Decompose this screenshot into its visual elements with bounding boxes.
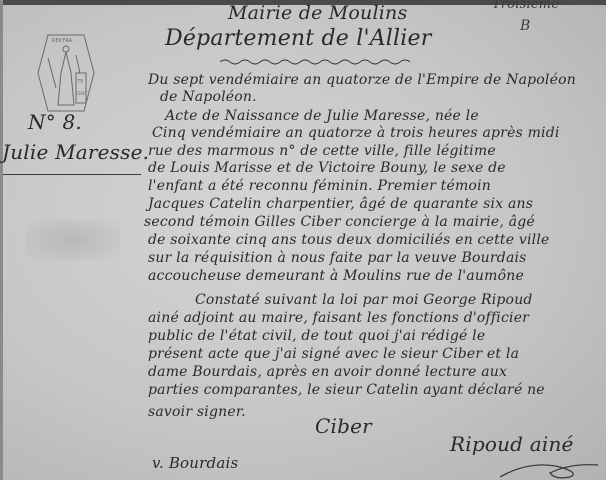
body-line-3: Acte de Naissance de Julie Maresse, née … [165, 108, 479, 124]
body-line-14: ainé adjoint au maire, faisant les fonct… [148, 310, 529, 326]
body-line-15: public de l'état civil, de tout quoi j'a… [148, 328, 485, 344]
body-line-9: second témoin Gilles Ciber concierge à l… [144, 214, 535, 230]
body-line-16: présent acte que j'ai signé avec le sieu… [148, 346, 519, 362]
signature-flourish [500, 455, 600, 480]
header-mairie: Mairie de Moulins [228, 2, 407, 24]
body-line-2: de Napoléon. [160, 89, 257, 105]
svg-text:CENT: CENT [76, 91, 87, 96]
tax-stamp: REP.FRA. 75 CENT [36, 33, 96, 113]
body-line-8: Jacques Catelin charpentier, âgé de quar… [148, 196, 533, 212]
body-line-17: dame Bourdais, après en avoir donné lect… [148, 364, 507, 380]
child-name-margin: Julie Maresse. [2, 140, 149, 164]
body-line-7: l'enfant a été reconnu féminin. Premier … [148, 178, 491, 194]
body-line-11: sur la réquisition à nous faite par la v… [148, 250, 527, 266]
signature-officer: Ripoud ainé [450, 432, 574, 456]
body-line-4: Cinq vendémiaire an quatorze à trois heu… [152, 125, 560, 141]
svg-text:75: 75 [77, 79, 83, 85]
body-line-13: Constaté suivant la loi par moi George R… [195, 292, 533, 308]
corner-mark: B [520, 18, 531, 34]
body-line-18: parties comparantes, le sieur Catelin ay… [148, 382, 545, 398]
body-line-1: Du sept vendémiaire an quatorze de l'Emp… [148, 72, 576, 88]
entry-number: N° 8. [28, 110, 82, 134]
body-line-10: de soixante cinq ans tous deux domicilié… [148, 232, 550, 248]
signature-midwife: v. Bourdais [152, 454, 238, 472]
signature-witness: Ciber [315, 414, 372, 438]
header-departement: Département de l'Allier [165, 26, 431, 51]
body-line-6: de Louis Marisse et de Victoire Bouny, l… [148, 160, 506, 176]
page-left-edge [0, 0, 3, 480]
body-line-5: rue des marmous n° de cette ville, fille… [148, 143, 496, 159]
svg-text:REP.FRA.: REP.FRA. [52, 38, 74, 44]
marianne-figure-stamp-icon: REP.FRA. 75 CENT [36, 33, 96, 113]
body-line-19: savoir signer. [148, 404, 246, 420]
register-page: Mairie de Moulins Département de l'Allie… [0, 0, 606, 480]
margin-rule [3, 174, 141, 175]
faint-ink-bleed [25, 220, 120, 260]
body-line-12: accoucheuse demeurant à Moulins rue de l… [148, 268, 524, 284]
corner-note: Troisième [492, 0, 559, 12]
header-underline-flourish [220, 58, 410, 66]
